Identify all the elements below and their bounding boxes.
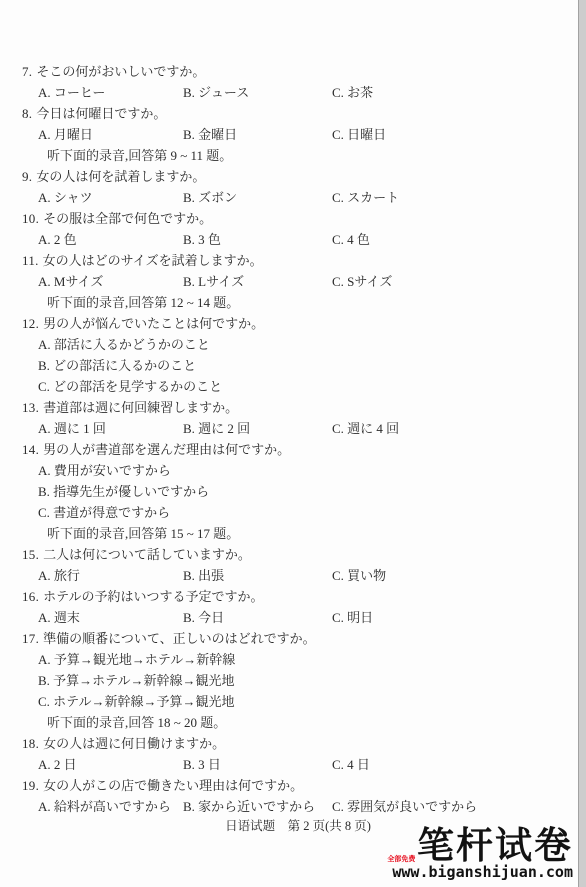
- question-stem: 女の人は週に何日働けますか。: [43, 736, 225, 751]
- option-c: C. 週に 4 回: [332, 418, 578, 439]
- listening-instruction: 听下面的录音,回答第 12 ~ 14 题。: [0, 292, 578, 313]
- option-c: C. 明日: [332, 607, 578, 628]
- option-c: C. 日曜日: [332, 124, 578, 145]
- option-a: A. 週に 1 回: [38, 418, 183, 439]
- options-row: A. 給料が高いですからB. 家から近いですからC. 雰囲気が良いですから: [0, 796, 578, 817]
- options-row: A. シャツB. ズボンC. スカート: [0, 187, 578, 208]
- option-c: C. ホテル→新幹線→予算→観光地: [0, 691, 578, 712]
- question-number: 13.: [22, 400, 39, 415]
- option-a: A. シャツ: [38, 187, 183, 208]
- question-line: 8.今日は何曜日ですか。: [0, 103, 578, 124]
- option-a: A. 給料が高いですから: [38, 796, 183, 817]
- option-c: C. どの部活を見学するかのこと: [0, 376, 578, 397]
- options-row: A. 旅行B. 出張C. 買い物: [0, 565, 578, 586]
- question-number: 19.: [22, 778, 39, 793]
- options-row: A. 週に 1 回B. 週に 2 回C. 週に 4 回: [0, 418, 578, 439]
- watermark-brand: 笔杆试卷: [392, 827, 573, 864]
- watermark-url: www.biganshijuan.com: [392, 864, 573, 881]
- question-stem: ホテルの予約はいつする予定ですか。: [43, 589, 263, 604]
- question-number: 8.: [22, 106, 32, 121]
- option-c: C. スカート: [332, 187, 578, 208]
- question-stem: そこの何がおいしいですか。: [36, 64, 205, 79]
- question-number: 17.: [22, 631, 39, 646]
- option-b: B. 今日: [183, 607, 332, 628]
- option-b: B. 3 色: [183, 229, 332, 250]
- question-stem: 二人は何について話していますか。: [43, 547, 251, 562]
- question-stem: 書道部は週に何回練習しますか。: [43, 400, 238, 415]
- question-line: 17.準備の順番について、正しいのはどれですか。: [0, 628, 578, 649]
- question-line: 9.女の人は何を試着しますか。: [0, 166, 578, 187]
- question-stem: 準備の順番について、正しいのはどれですか。: [43, 631, 315, 646]
- question-stem: 今日は何曜日ですか。: [36, 106, 166, 121]
- question-number: 15.: [22, 547, 39, 562]
- question-line: 16.ホテルの予約はいつする予定ですか。: [0, 586, 578, 607]
- option-b: B. 3 日: [183, 754, 332, 775]
- option-a: A. Mサイズ: [38, 271, 183, 292]
- question-stem: 男の人が書道部を選んだ理由は何ですか。: [43, 442, 290, 457]
- listening-instruction: 听下面的录音,回答 18 ~ 20 题。: [0, 712, 578, 733]
- option-b: B. 指導先生が優しいですから: [0, 481, 578, 502]
- option-c: C. Sサイズ: [332, 271, 578, 292]
- option-b: B. 家から近いですから: [183, 796, 332, 817]
- option-c: C. お茶: [332, 82, 578, 103]
- question-number: 11.: [22, 253, 39, 268]
- options-row: A. 月曜日B. 金曜日C. 日曜日: [0, 124, 578, 145]
- option-b: B. 予算→ホテル→新幹線→観光地: [0, 670, 578, 691]
- option-a: A. 部活に入るかどうかのこと: [0, 334, 578, 355]
- question-line: 7.そこの何がおいしいですか。: [0, 61, 578, 82]
- option-c: C. 書道が得意ですから: [0, 502, 578, 523]
- options-row: A. MサイズB. LサイズC. Sサイズ: [0, 271, 578, 292]
- options-row: A. 2 色B. 3 色C. 4 色: [0, 229, 578, 250]
- question-stem: 女の人がこの店で働きたい理由は何ですか。: [43, 778, 303, 793]
- option-a: A. 2 色: [38, 229, 183, 250]
- exam-page: 7.そこの何がおいしいですか。A. コーヒーB. ジュースC. お茶8.今日は何…: [0, 0, 586, 887]
- question-stem: その服は全部で何色ですか。: [43, 211, 212, 226]
- option-a: A. 旅行: [38, 565, 183, 586]
- question-line: 14.男の人が書道部を選んだ理由は何ですか。: [0, 439, 578, 460]
- question-number: 7.: [22, 64, 32, 79]
- option-b: B. どの部活に入るかのこと: [0, 355, 578, 376]
- exam-body: 7.そこの何がおいしいですか。A. コーヒーB. ジュースC. お茶8.今日は何…: [0, 61, 578, 817]
- option-a: A. 2 日: [38, 754, 183, 775]
- option-a: A. 予算→観光地→ホテル→新幹線: [0, 649, 578, 670]
- option-b: B. Lサイズ: [183, 271, 332, 292]
- option-a: A. 週末: [38, 607, 183, 628]
- options-row: A. コーヒーB. ジュースC. お茶: [0, 82, 578, 103]
- option-c: C. 4 色: [332, 229, 578, 250]
- option-a: A. 費用が安いですから: [0, 460, 578, 481]
- question-line: 18.女の人は週に何日働けますか。: [0, 733, 578, 754]
- question-stem: 女の人はどのサイズを試着しますか。: [43, 253, 263, 268]
- question-number: 12.: [22, 316, 39, 331]
- question-number: 14.: [22, 442, 39, 457]
- option-c: C. 雰囲気が良いですから: [332, 796, 578, 817]
- question-number: 18.: [22, 736, 39, 751]
- question-number: 9.: [22, 169, 32, 184]
- question-line: 15.二人は何について話していますか。: [0, 544, 578, 565]
- option-b: B. 週に 2 回: [183, 418, 332, 439]
- question-number: 10.: [22, 211, 39, 226]
- watermark-badge: 全部免费: [387, 854, 415, 864]
- question-line: 13.書道部は週に何回練習しますか。: [0, 397, 578, 418]
- watermark: 笔杆试卷 www.biganshijuan.com 全部免费: [392, 827, 573, 881]
- question-number: 16.: [22, 589, 39, 604]
- question-stem: 女の人は何を試着しますか。: [36, 169, 205, 184]
- option-a: A. 月曜日: [38, 124, 183, 145]
- option-b: B. ジュース: [183, 82, 332, 103]
- question-line: 10.その服は全部で何色ですか。: [0, 208, 578, 229]
- question-stem: 男の人が悩んでいたことは何ですか。: [43, 316, 264, 331]
- option-a: A. コーヒー: [38, 82, 183, 103]
- question-line: 19.女の人がこの店で働きたい理由は何ですか。: [0, 775, 578, 796]
- option-c: C. 買い物: [332, 565, 578, 586]
- option-b: B. 出張: [183, 565, 332, 586]
- question-line: 12.男の人が悩んでいたことは何ですか。: [0, 313, 578, 334]
- option-b: B. ズボン: [183, 187, 332, 208]
- listening-instruction: 听下面的录音,回答第 9 ~ 11 题。: [0, 145, 578, 166]
- option-b: B. 金曜日: [183, 124, 332, 145]
- question-line: 11.女の人はどのサイズを試着しますか。: [0, 250, 578, 271]
- option-c: C. 4 日: [332, 754, 578, 775]
- listening-instruction: 听下面的录音,回答第 15 ~ 17 题。: [0, 523, 578, 544]
- options-row: A. 2 日B. 3 日C. 4 日: [0, 754, 578, 775]
- scan-edge-strip: [578, 0, 586, 887]
- options-row: A. 週末B. 今日C. 明日: [0, 607, 578, 628]
